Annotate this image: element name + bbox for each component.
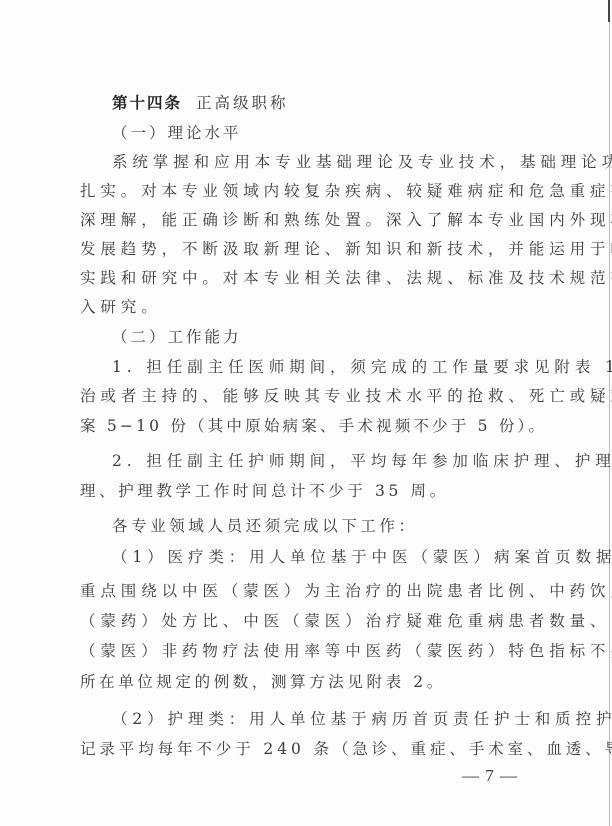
section-heading-work-ability: （二）工作能力: [112, 327, 536, 347]
medical-category-line: （1）医疗类：用人单位基于中医（蒙医）病案首页数据，: [112, 547, 536, 567]
page-number: — 7 —: [462, 766, 518, 786]
section-heading-theory: （一）理论水平: [112, 123, 536, 143]
medical-category-line: （蒙医）非药物疗法使用率等中医药（蒙医药）特色指标不少于: [80, 641, 536, 661]
item-1-line: 1. 担任副主任医师期间，须完成的工作量要求见附表 1。主: [112, 357, 536, 377]
paragraph-line: 发展趋势，不断汲取新理论、新知识和新技术，并能运用于临床: [80, 239, 536, 259]
medical-category-line: 重点围绕以中医（蒙医）为主治疗的出院患者比例、中药饮片: [80, 581, 536, 601]
document-page: 第十四条正高级职称 （一）理论水平 系统掌握和应用本专业基础理论及专业技术，基础…: [0, 0, 612, 826]
paragraph-line: 实践和研究中。对本专业相关法律、法规、标准及技术规范有深: [80, 268, 536, 288]
nursing-category-line: 记录平均每年不少于 240 条（急诊、重症、手术室、血透、导管: [80, 739, 536, 759]
article-title: 正高级职称: [196, 94, 289, 112]
nursing-category-line: （2）护理类：用人单位基于病历首页责任护士和质控护士: [112, 709, 536, 729]
paragraph-line: 深理解，能正确诊断和熟练处置。深入了解本专业国内外现状和: [80, 210, 536, 230]
additional-work-intro: 各专业领域人员还须完成以下工作：: [112, 516, 536, 536]
page-edge-marker: [608, 0, 610, 22]
item-2-line: 2. 担任副主任护师期间，平均每年参加临床护理、护理管: [112, 451, 536, 471]
paragraph-line: 扎实。对本专业领域内较复杂疾病、较疑难病症和危急重症有较: [80, 181, 536, 201]
item-1-line: 案 5−10 份（其中原始病案、手术视频不少于 5 份）。: [80, 416, 536, 436]
medical-category-line: 所在单位规定的例数，测算方法见附表 2。: [80, 672, 536, 692]
item-2-line: 理、护理教学工作时间总计不少于 35 周。: [80, 481, 536, 501]
page-edge-divider: [609, 0, 610, 826]
paragraph-line: 入研究。: [80, 297, 536, 317]
article-number: 第十四条: [112, 94, 182, 112]
medical-category-line: （蒙药）处方比、中医（蒙医）治疗疑难危重病患者数量、中医: [80, 611, 536, 631]
article-heading: 第十四条正高级职称: [112, 93, 536, 113]
item-1-line: 治或者主持的、能够反映其专业技术水平的抢救、死亡或疑难病: [80, 386, 536, 406]
paragraph-line: 系统掌握和应用本专业基础理论及专业技术，基础理论功底: [112, 152, 536, 172]
